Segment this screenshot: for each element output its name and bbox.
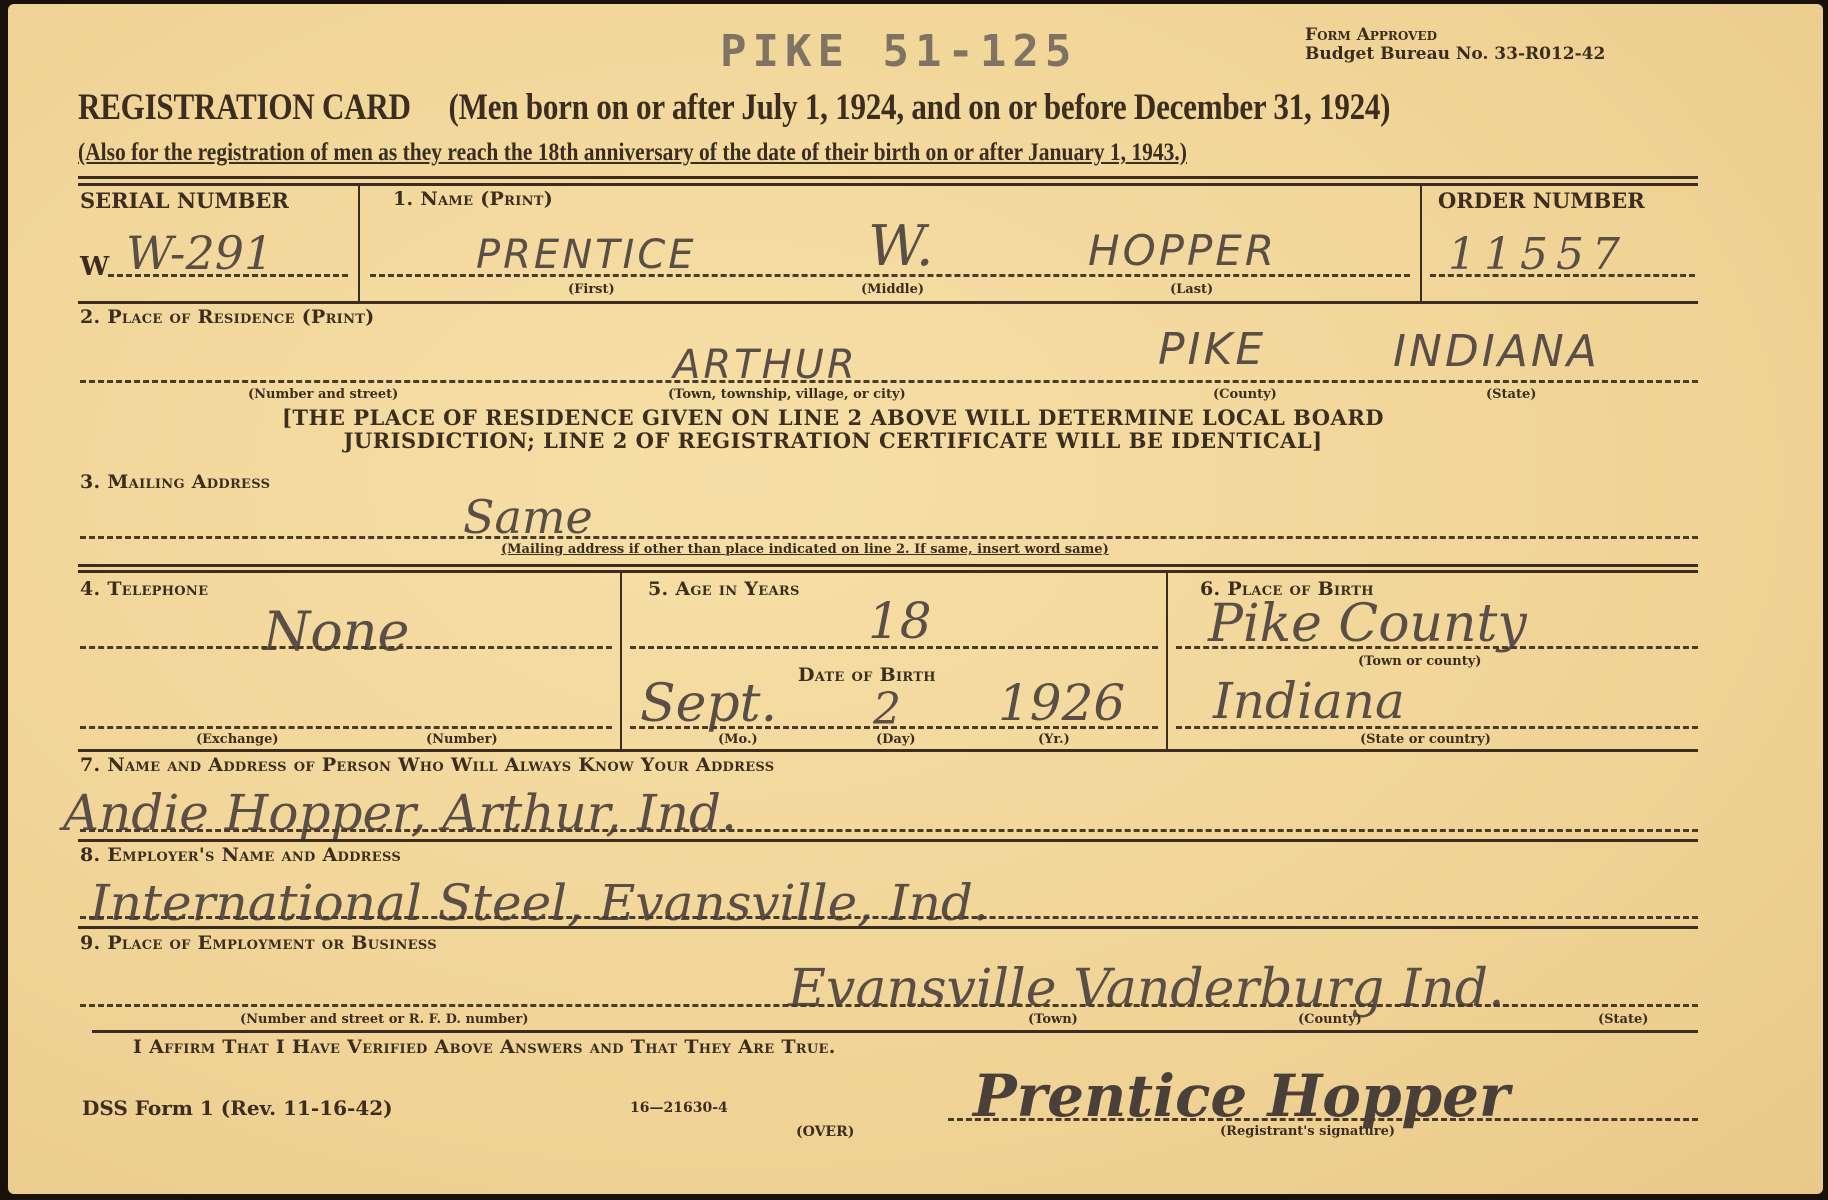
form-approved: Form Approved Budget Bureau No. 33-R012-…: [1305, 26, 1605, 64]
signature-line: [948, 1118, 1698, 1121]
divider: [78, 749, 1698, 752]
mailing-line: [80, 536, 1698, 539]
order-number-value: 11557: [1448, 229, 1628, 280]
residence-state: INDIANA: [1393, 326, 1600, 377]
divider: [78, 176, 1698, 179]
subtitle: (Also for the registration of men as the…: [78, 139, 1187, 167]
employment-town-caption: (Town): [1028, 1012, 1078, 1027]
registration-card: PIKE 51-125 Form Approved Budget Bureau …: [8, 4, 1823, 1194]
contact-line: [80, 829, 1698, 832]
last-caption: (Last): [1170, 282, 1213, 297]
page-title: REGISTRATION CARD (Men born on or after …: [78, 86, 1390, 129]
telephone-label: 4. Telephone: [80, 578, 208, 600]
county-caption: (County): [1213, 387, 1277, 402]
employment-place-line: [80, 1004, 1698, 1007]
day-caption: (Day): [876, 732, 916, 747]
contact-label: 7. Name and Address of Person Who Will A…: [80, 754, 775, 776]
month-caption: (Mo.): [718, 732, 758, 747]
divider: [620, 572, 622, 750]
county-stamp: PIKE 51-125: [720, 26, 1077, 77]
number-caption: (Number): [426, 732, 498, 747]
telephone-line-1: [80, 646, 612, 649]
name-line: [370, 274, 1410, 277]
residence-label: 2. Place of Residence (Print): [80, 306, 375, 328]
middle-caption: (Middle): [861, 282, 924, 297]
mailing-address-label: 3. Mailing Address: [80, 471, 270, 493]
town-caption: (Town, township, village, or city): [668, 387, 906, 402]
notice-line-2: JURISDICTION; LINE 2 OF REGISTRATION CER…: [78, 429, 1588, 452]
dob-label: Date of Birth: [798, 664, 936, 686]
town-county-caption: (Town or county): [1358, 654, 1481, 669]
street-caption: (Number and street): [248, 387, 398, 402]
employment-state-caption: (State): [1598, 1012, 1648, 1027]
contact-value: Andie Hopper, Arthur, Ind.: [63, 784, 737, 842]
mailing-caption: (Mailing address if other than place ind…: [501, 542, 1109, 557]
signature-caption: (Registrant's signature): [1220, 1124, 1395, 1139]
over-indicator: (OVER): [796, 1124, 854, 1140]
order-line: [1430, 274, 1695, 277]
divider: [92, 1030, 1698, 1033]
first-caption: (First): [568, 282, 615, 297]
serial-prefix: W: [80, 252, 109, 282]
residence-county: PIKE: [1158, 324, 1266, 375]
name-middle: W.: [868, 214, 934, 279]
budget-bureau-number: Budget Bureau No. 33-R012-42: [1305, 45, 1605, 64]
birthplace-line-1: [1176, 646, 1698, 649]
notice-line-1: [THE PLACE OF RESIDENCE GIVEN ON LINE 2 …: [78, 406, 1588, 429]
order-number-label: ORDER NUMBER: [1438, 188, 1645, 213]
telephone-value: None: [263, 600, 410, 663]
exchange-caption: (Exchange): [196, 732, 279, 747]
divider: [78, 839, 1698, 842]
employment-place-value: Evansville Vanderburg Ind.: [788, 959, 1505, 1019]
divider: [358, 184, 360, 302]
dob-year: 1926: [998, 674, 1125, 732]
telephone-line-2: [80, 726, 612, 729]
employer-value: International Steel, Evansville, Ind.: [90, 874, 989, 932]
age-line: [630, 646, 1158, 649]
dob-line: [630, 726, 1158, 729]
age-value: 18: [868, 592, 932, 650]
affirmation-text: I Affirm That I Have Verified Above Answ…: [133, 1036, 836, 1058]
divider: [78, 570, 1698, 573]
birthplace-line-2: [1176, 726, 1698, 729]
residence-line: [80, 380, 1698, 383]
serial-number-label: SERIAL NUMBER: [80, 188, 289, 213]
form-identifier: DSS Form 1 (Rev. 11-16-42): [82, 1096, 393, 1120]
birthplace-state: Indiana: [1213, 672, 1405, 730]
divider: [78, 301, 1698, 304]
state-country-caption: (State or country): [1360, 732, 1491, 747]
employment-place-label: 9. Place of Employment or Business: [80, 932, 437, 954]
employment-county-caption: (County): [1298, 1012, 1362, 1027]
employment-street-caption: (Number and street or R. F. D. number): [240, 1012, 528, 1027]
divider: [78, 564, 1698, 567]
state-caption: (State): [1486, 387, 1536, 402]
name-label: 1. Name (Print): [393, 188, 553, 210]
birthplace-town: Pike County: [1208, 594, 1527, 654]
dob-month: Sept.: [640, 674, 777, 734]
employer-line: [80, 916, 1698, 919]
divider: [1166, 572, 1168, 750]
divider: [78, 926, 1698, 929]
name-first: PRENTICE: [476, 232, 697, 278]
jurisdiction-notice: [THE PLACE OF RESIDENCE GIVEN ON LINE 2 …: [78, 406, 1588, 452]
card-title: REGISTRATION CARD: [78, 87, 411, 128]
print-code: 16—21630-4: [630, 1100, 728, 1116]
form-approved-line1: Form Approved: [1305, 26, 1605, 45]
divider: [1420, 184, 1422, 302]
employer-label: 8. Employer's Name and Address: [80, 844, 401, 866]
serial-number-value: W-291: [126, 226, 273, 280]
serial-line: [108, 274, 348, 277]
year-caption: (Yr.): [1038, 732, 1070, 747]
divider: [78, 183, 1698, 186]
name-last: HOPPER: [1088, 226, 1277, 275]
age-label: 5. Age in Years: [648, 578, 800, 600]
eligibility-text: (Men born on or after July 1, 1924, and …: [449, 87, 1391, 128]
